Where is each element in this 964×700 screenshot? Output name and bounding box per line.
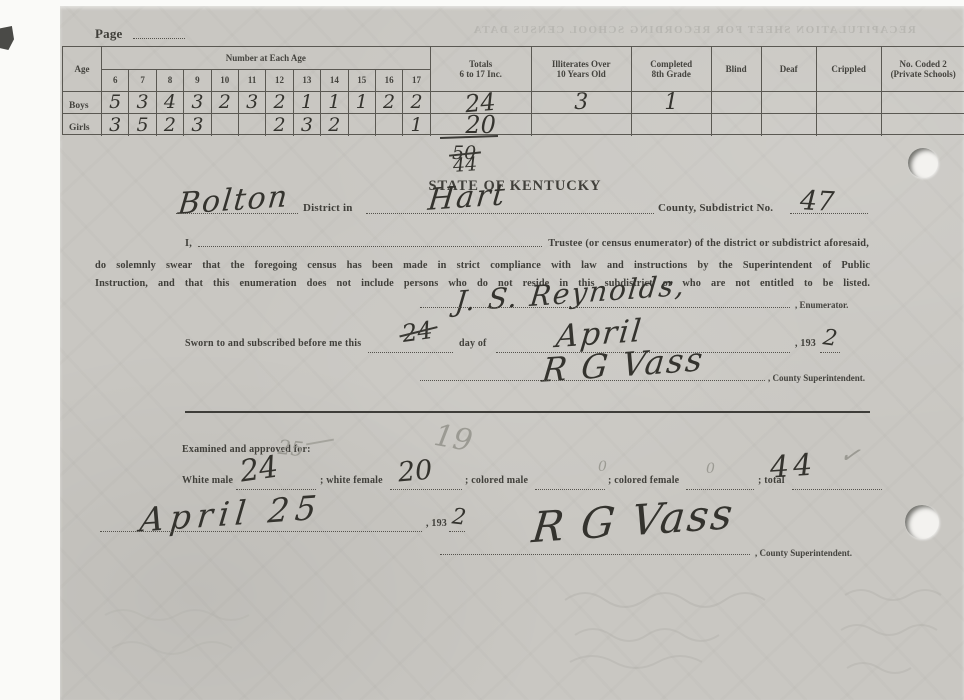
white-male-value-handwritten: 24 [238, 452, 280, 487]
totals-header-line1: Totals [469, 59, 492, 69]
illiterates-header-line2: 10 Years Old [557, 69, 606, 79]
boys-age-11: 3 [238, 91, 265, 113]
boys-age-14: 1 [320, 91, 347, 113]
approval-year-printed: , 193 [426, 518, 447, 529]
colored-male-label: ; colored male [465, 475, 528, 486]
boys-age-7: 3 [128, 91, 155, 113]
oath-i-label: I, [185, 238, 192, 249]
colored-female-value-pencil: 0 [706, 462, 715, 476]
sworn-day-handwritten: 24 [401, 318, 435, 346]
district-name-handwritten: Bolton [177, 182, 291, 220]
oath-trustee-text: Trustee (or census enumerator) of the di… [548, 238, 869, 249]
girls-age-15 [348, 113, 375, 136]
boys-completed-8th: 1 [631, 91, 711, 113]
white-female-blank-line [390, 489, 462, 490]
totals-column-header: Totals 6 to 17 Inc. [430, 47, 531, 91]
district-in-label: District in [303, 202, 353, 214]
age-col-10: 10 [211, 69, 238, 91]
day-of-label: day of [459, 338, 487, 349]
girls-age-8: 2 [156, 113, 183, 136]
bleed-squiggle-2 [100, 600, 280, 670]
white-female-label: ; white female [320, 475, 383, 486]
completed-8th-grade-column-header: Completed 8th Grade [631, 47, 711, 91]
sworn-prefix-label: Sworn to and subscribed before me this [185, 338, 361, 349]
boys-illiterates: 3 [531, 91, 631, 113]
total-blank-line [792, 489, 882, 490]
girls-age-7: 5 [128, 113, 155, 136]
boys-age-6: 5 [101, 91, 128, 113]
hole-punch-top [908, 148, 938, 178]
hole-punch-bottom [905, 505, 939, 539]
group-header-number-at-each-age: Number at Each Age [101, 47, 430, 69]
boys-blind [711, 91, 761, 113]
census-age-table: Age Number at Each Age 6 7 8 9 10 11 12 … [62, 46, 964, 135]
girls-age-11 [238, 113, 265, 136]
oath-line-1: I, Trustee (or census enumerator) of the… [185, 238, 869, 249]
corrected-total-44: 44 [452, 155, 477, 176]
boys-row-label: Boys [63, 91, 101, 113]
age-col-16: 16 [375, 69, 402, 91]
county-superintendent-signature-line-2 [440, 554, 750, 555]
boys-age-10: 2 [211, 91, 238, 113]
oath-line-2: do solemnly swear that the foregoing cen… [95, 260, 870, 271]
boys-age-13: 1 [293, 91, 320, 113]
boys-age-17: 2 [402, 91, 429, 113]
colored-female-label: ; colored female [608, 475, 679, 486]
county-name-handwritten: Hart [427, 180, 508, 216]
subdistrict-number-handwritten: 47 [799, 187, 835, 216]
no-coded-private-schools-column-header: No. Coded 2 (Private Schools) [881, 47, 964, 91]
age-col-13: 13 [293, 69, 320, 91]
girls-coded [881, 113, 964, 136]
scan-corner-artifact [0, 26, 14, 50]
sworn-day-blank-line [368, 352, 453, 353]
boys-crippled [816, 91, 881, 113]
deaf-column-header: Deaf [761, 47, 816, 91]
district-name-blank-line [176, 213, 298, 214]
approval-year-blank-line [449, 531, 465, 532]
boys-total: 24 [430, 91, 531, 113]
boys-age-15: 1 [348, 91, 375, 113]
total-value-handwritten: 44 [769, 450, 817, 483]
sworn-year-printed: , 193 [795, 338, 816, 349]
county-superintendent-signature-line-1 [420, 380, 765, 381]
girls-illiterates [531, 113, 631, 136]
approval-date-blank-line [100, 531, 422, 532]
age-col-11: 11 [238, 69, 265, 91]
boys-age-9: 3 [183, 91, 210, 113]
girls-age-13: 3 [293, 113, 320, 136]
girls-age-12: 2 [265, 113, 292, 136]
approval-year-digit-handwritten: 2 [451, 506, 467, 529]
white-male-label: White male [182, 475, 233, 486]
bleed-squiggle-1 [560, 580, 780, 670]
enumerator-signature-line [420, 307, 790, 308]
blind-column-header: Blind [711, 47, 761, 91]
girls-age-6: 3 [101, 113, 128, 136]
bleed-squiggle-3 [835, 580, 955, 690]
state-of-kentucky-heading: STATE OF KENTUCKY [370, 178, 660, 195]
girls-age-16 [375, 113, 402, 136]
age-column-header: Age [63, 47, 101, 91]
colored-male-blank-line [535, 489, 605, 490]
girls-age-10 [211, 113, 238, 136]
page-number-label: Page [95, 26, 123, 42]
white-female-value-handwritten: 20 [397, 457, 434, 487]
girls-age-9: 3 [183, 113, 210, 136]
scanned-census-document: { "bleed": { "top_reversed_text": "RECAP… [0, 0, 964, 700]
coded-header-line1: No. Coded 2 [900, 59, 947, 69]
age-col-6: 6 [101, 69, 128, 91]
section-divider-rule [185, 411, 870, 413]
sworn-year-blank-line [820, 352, 840, 353]
illiterates-column-header: Illiterates Over 10 Years Old [531, 47, 631, 91]
crippled-column-header: Crippled [816, 47, 881, 91]
white-male-pencil-correction: 25 [277, 437, 304, 460]
illiterates-header-line1: Illiterates Over [552, 59, 611, 69]
girls-deaf [761, 113, 816, 136]
boys-deaf [761, 91, 816, 113]
pencil-check-mark: ✓ [838, 441, 862, 468]
totals-header-line2: 6 to 17 Inc. [459, 69, 502, 79]
girls-crippled [816, 113, 881, 136]
coded-header-line2: (Private Schools) [891, 69, 956, 79]
age-col-9: 9 [183, 69, 210, 91]
girls-age-14: 2 [320, 113, 347, 136]
age-col-14: 14 [320, 69, 347, 91]
girls-blind [711, 113, 761, 136]
county-superintendent-label-1: , County Superintendent. [768, 373, 865, 383]
boys-age-12: 2 [265, 91, 292, 113]
county-name-blank-line [366, 213, 654, 214]
age-col-8: 8 [156, 69, 183, 91]
boys-coded [881, 91, 964, 113]
girls-age-17: 1 [402, 113, 429, 136]
county-superintendent-label-2: , County Superintendent. [755, 548, 852, 558]
bleed-through-text: RECAPITULATION SHEET FOR RECORDING SCHOO… [428, 24, 960, 36]
completed-header-line2: 8th Grade [652, 69, 691, 79]
white-female-pencil-correction: 19 [432, 421, 475, 457]
age-col-17: 17 [402, 69, 429, 91]
completed-header-line1: Completed [650, 59, 692, 69]
trustee-name-blank-line [198, 246, 542, 247]
enumerator-label: , Enumerator. [795, 300, 848, 310]
colored-male-value-pencil: 0 [598, 460, 607, 474]
girls-completed-8th [631, 113, 711, 136]
age-col-15: 15 [348, 69, 375, 91]
girls-row-label: Girls [63, 113, 101, 136]
county-subdistrict-label: County, Subdistrict No. [658, 202, 773, 214]
boys-age-8: 4 [156, 91, 183, 113]
age-col-12: 12 [265, 69, 292, 91]
page-number-blank-line [133, 38, 185, 39]
age-col-7: 7 [128, 69, 155, 91]
boys-age-16: 2 [375, 91, 402, 113]
